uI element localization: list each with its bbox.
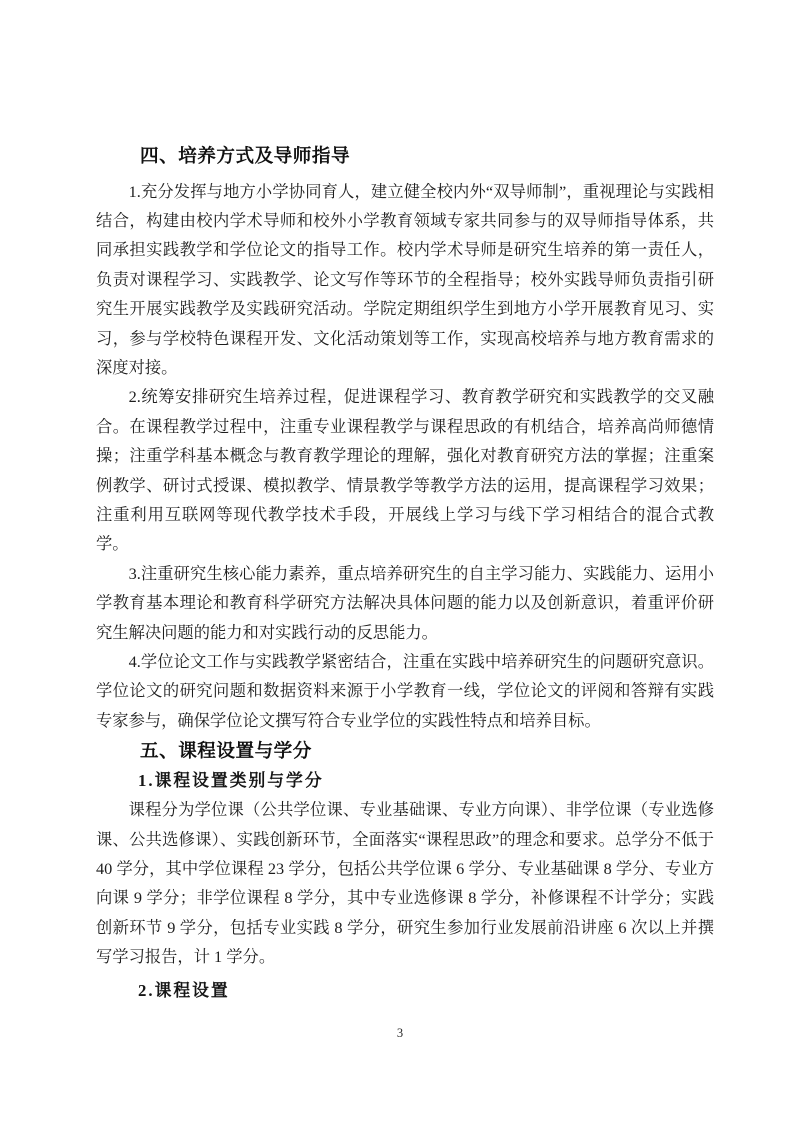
page-number: 3 [0, 1026, 800, 1040]
section-heading-curriculum-credits: 五、课程设置与学分 [96, 741, 714, 763]
document-page: 四、培养方式及导师指导 1.充分发挥与地方小学协同育人，建立健全校内外“双导师制… [0, 0, 800, 1132]
paragraph-credit-breakdown: 课程分为学位课（公共学位课、专业基础课、专业方向课）、非学位课（专业选修课、公共… [96, 795, 714, 971]
subsection-heading-course-setup: 2.课程设置 [96, 976, 714, 1005]
paragraph-training-process: 2.统筹安排研究生培养过程，促进课程学习、教育教学研究和实践教学的交叉融合。在课… [96, 382, 714, 558]
section-heading-training-methods: 四、培养方式及导师指导 [96, 146, 714, 168]
paragraph-core-competencies: 3.注重研究生核心能力素养，重点培养研究生的自主学习能力、实践能力、运用小学教育… [96, 559, 714, 647]
subsection-heading-credit-categories: 1.课程设置类别与学分 [96, 766, 714, 795]
paragraph-thesis-practice: 4.学位论文工作与实践教学紧密结合，注重在实践中培养研究生的问题研究意识。学位论… [96, 647, 714, 735]
document-content: 四、培养方式及导师指导 1.充分发挥与地方小学协同育人，建立健全校内外“双导师制… [96, 146, 714, 1005]
paragraph-dual-mentor-system: 1.充分发挥与地方小学协同育人，建立健全校内外“双导师制”，重视理论与实践相结合… [96, 177, 714, 383]
